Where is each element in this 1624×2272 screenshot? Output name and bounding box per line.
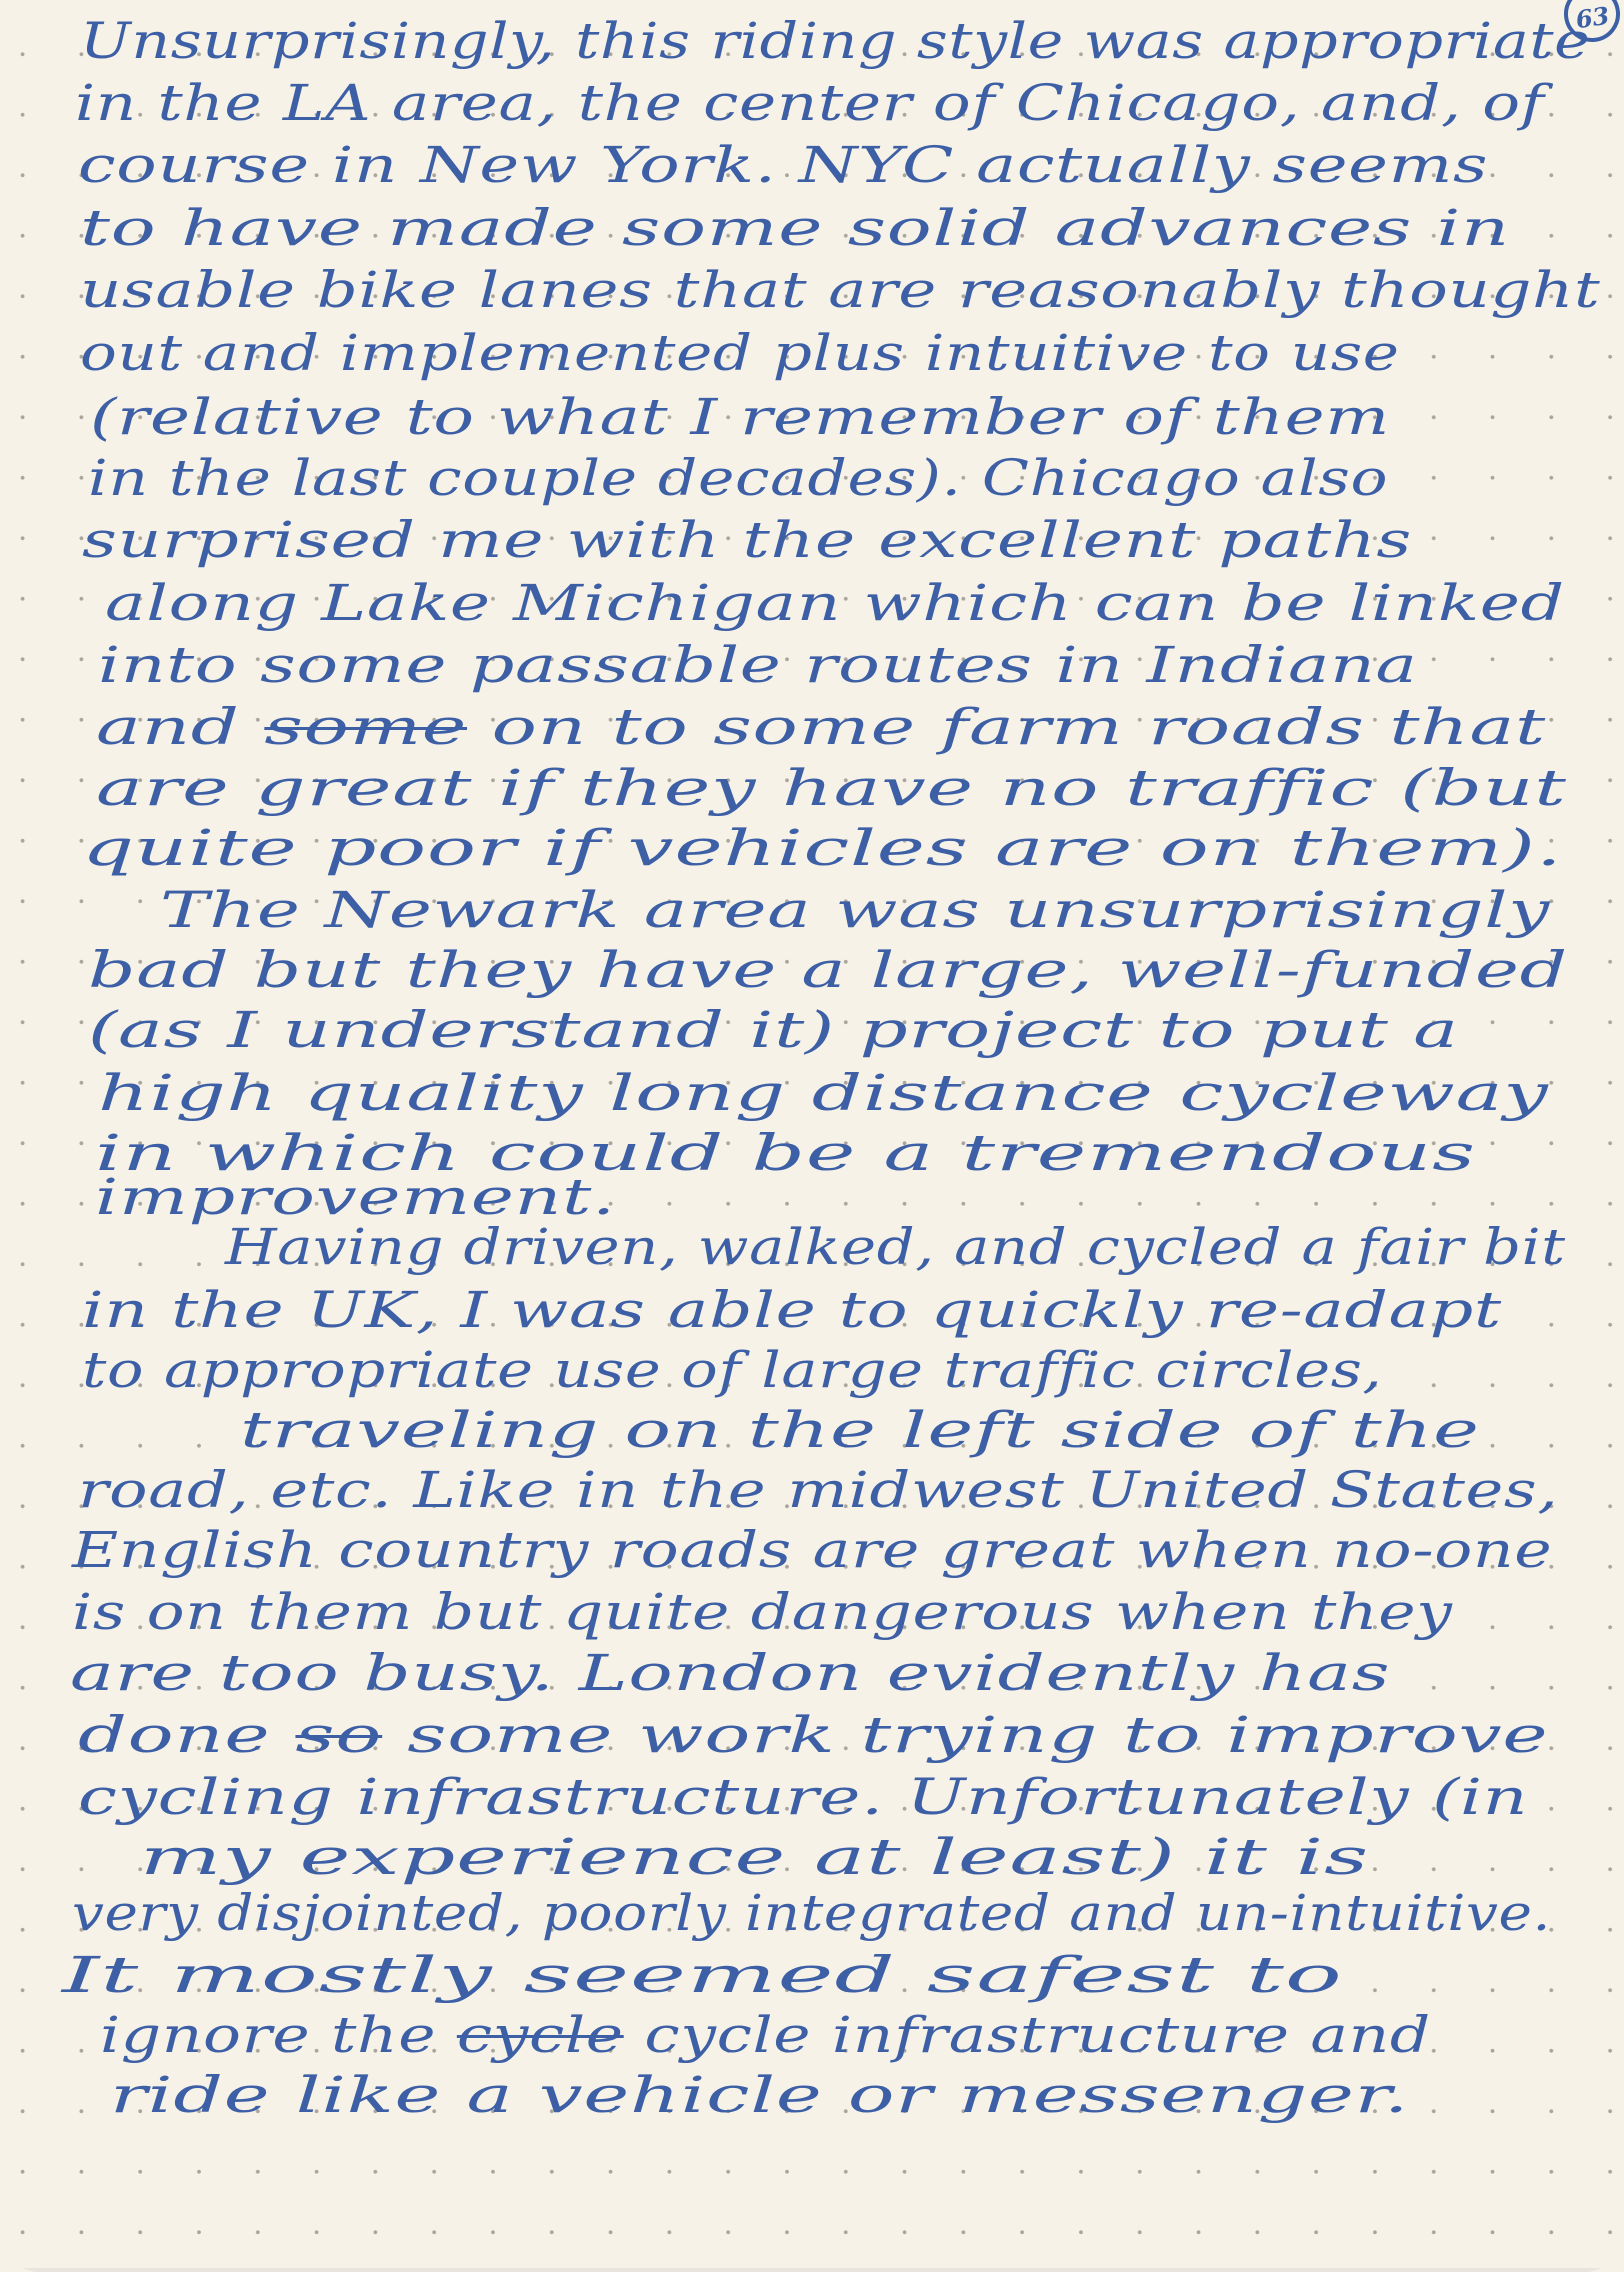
text-line: is on them but quite dangerous when they [72,1587,1453,1637]
text-line: cycling infrastructure. Unfortunately (i… [78,1772,1528,1822]
text-line: out and implemented plus intuitive to us… [80,328,1400,378]
text-line: quite poor if vehicles are on them). [82,823,1563,873]
text-line: ignore the cycle cycle infrastructure an… [100,2010,1431,2060]
text-line: into some passable routes in Indiana [98,640,1418,690]
text-line: are great if they have no traffic (but [96,763,1567,813]
page-bottom-edge [0,2268,1624,2272]
text-line: improvement. [95,1172,616,1222]
text-line: in the LA area, the center of Chicago, a… [75,78,1545,128]
text-line: road, etc. Like in the midwest United St… [78,1465,1558,1515]
text-line: course in New York. NYC actually seems [78,140,1488,190]
text-line: usable bike lanes that are reasonably th… [80,265,1600,315]
text-line: very disjointed, poorly integrated and u… [72,1888,1551,1938]
struck-word: so [295,1706,382,1764]
text-line: The Newark area was unsurprisingly [160,885,1550,935]
text-line: high quality long distance cycleway [98,1068,1549,1118]
text-line: my experience at least) it is [140,1832,1369,1882]
text-line: to appropriate use of large traffic circ… [82,1345,1382,1395]
text-line: are too busy. London evidently has [70,1648,1390,1698]
notebook-page: 63 Unsurprisingly, this riding style was… [0,0,1624,2272]
text-line: in the last couple decades). Chicago als… [88,453,1388,503]
text-line: It mostly seemed safest to [62,1950,1343,2000]
text-line: ride like a vehicle or messenger. [110,2070,1409,2120]
text-line: to have made some solid advances in [80,203,1510,253]
line-prefix: done [78,1706,295,1764]
line-suffix: on to some farm roads that [467,698,1546,756]
text-line: along Lake Michigan which can be linked [105,578,1565,628]
line-prefix: ignore the [100,2006,457,2064]
text-line: surprised me with the excellent paths [82,515,1412,565]
line-suffix: cycle infrastructure and [624,2006,1431,2064]
text-line: done so some work trying to improve [78,1710,1548,1760]
line-prefix: and [96,698,264,756]
text-line: (relative to what I remember of them [90,392,1390,442]
text-line: English country roads are great when no-… [72,1525,1552,1575]
struck-word: cycle [457,2006,624,2064]
text-line: bad but they have a large, well-funded [88,945,1568,995]
text-line: and some on to some farm roads that [96,702,1546,752]
text-line: Unsurprisingly, this riding style was ap… [80,16,1590,66]
text-line: traveling on the left side of the [240,1405,1480,1455]
text-line: in the UK, I was able to quickly re-adap… [82,1285,1502,1335]
text-line: Having driven, walked, and cycled a fair… [225,1222,1566,1272]
text-line: (as I understand it) project to put a [88,1005,1459,1055]
struck-word: some [264,698,467,756]
line-suffix: some work trying to improve [382,1706,1548,1764]
